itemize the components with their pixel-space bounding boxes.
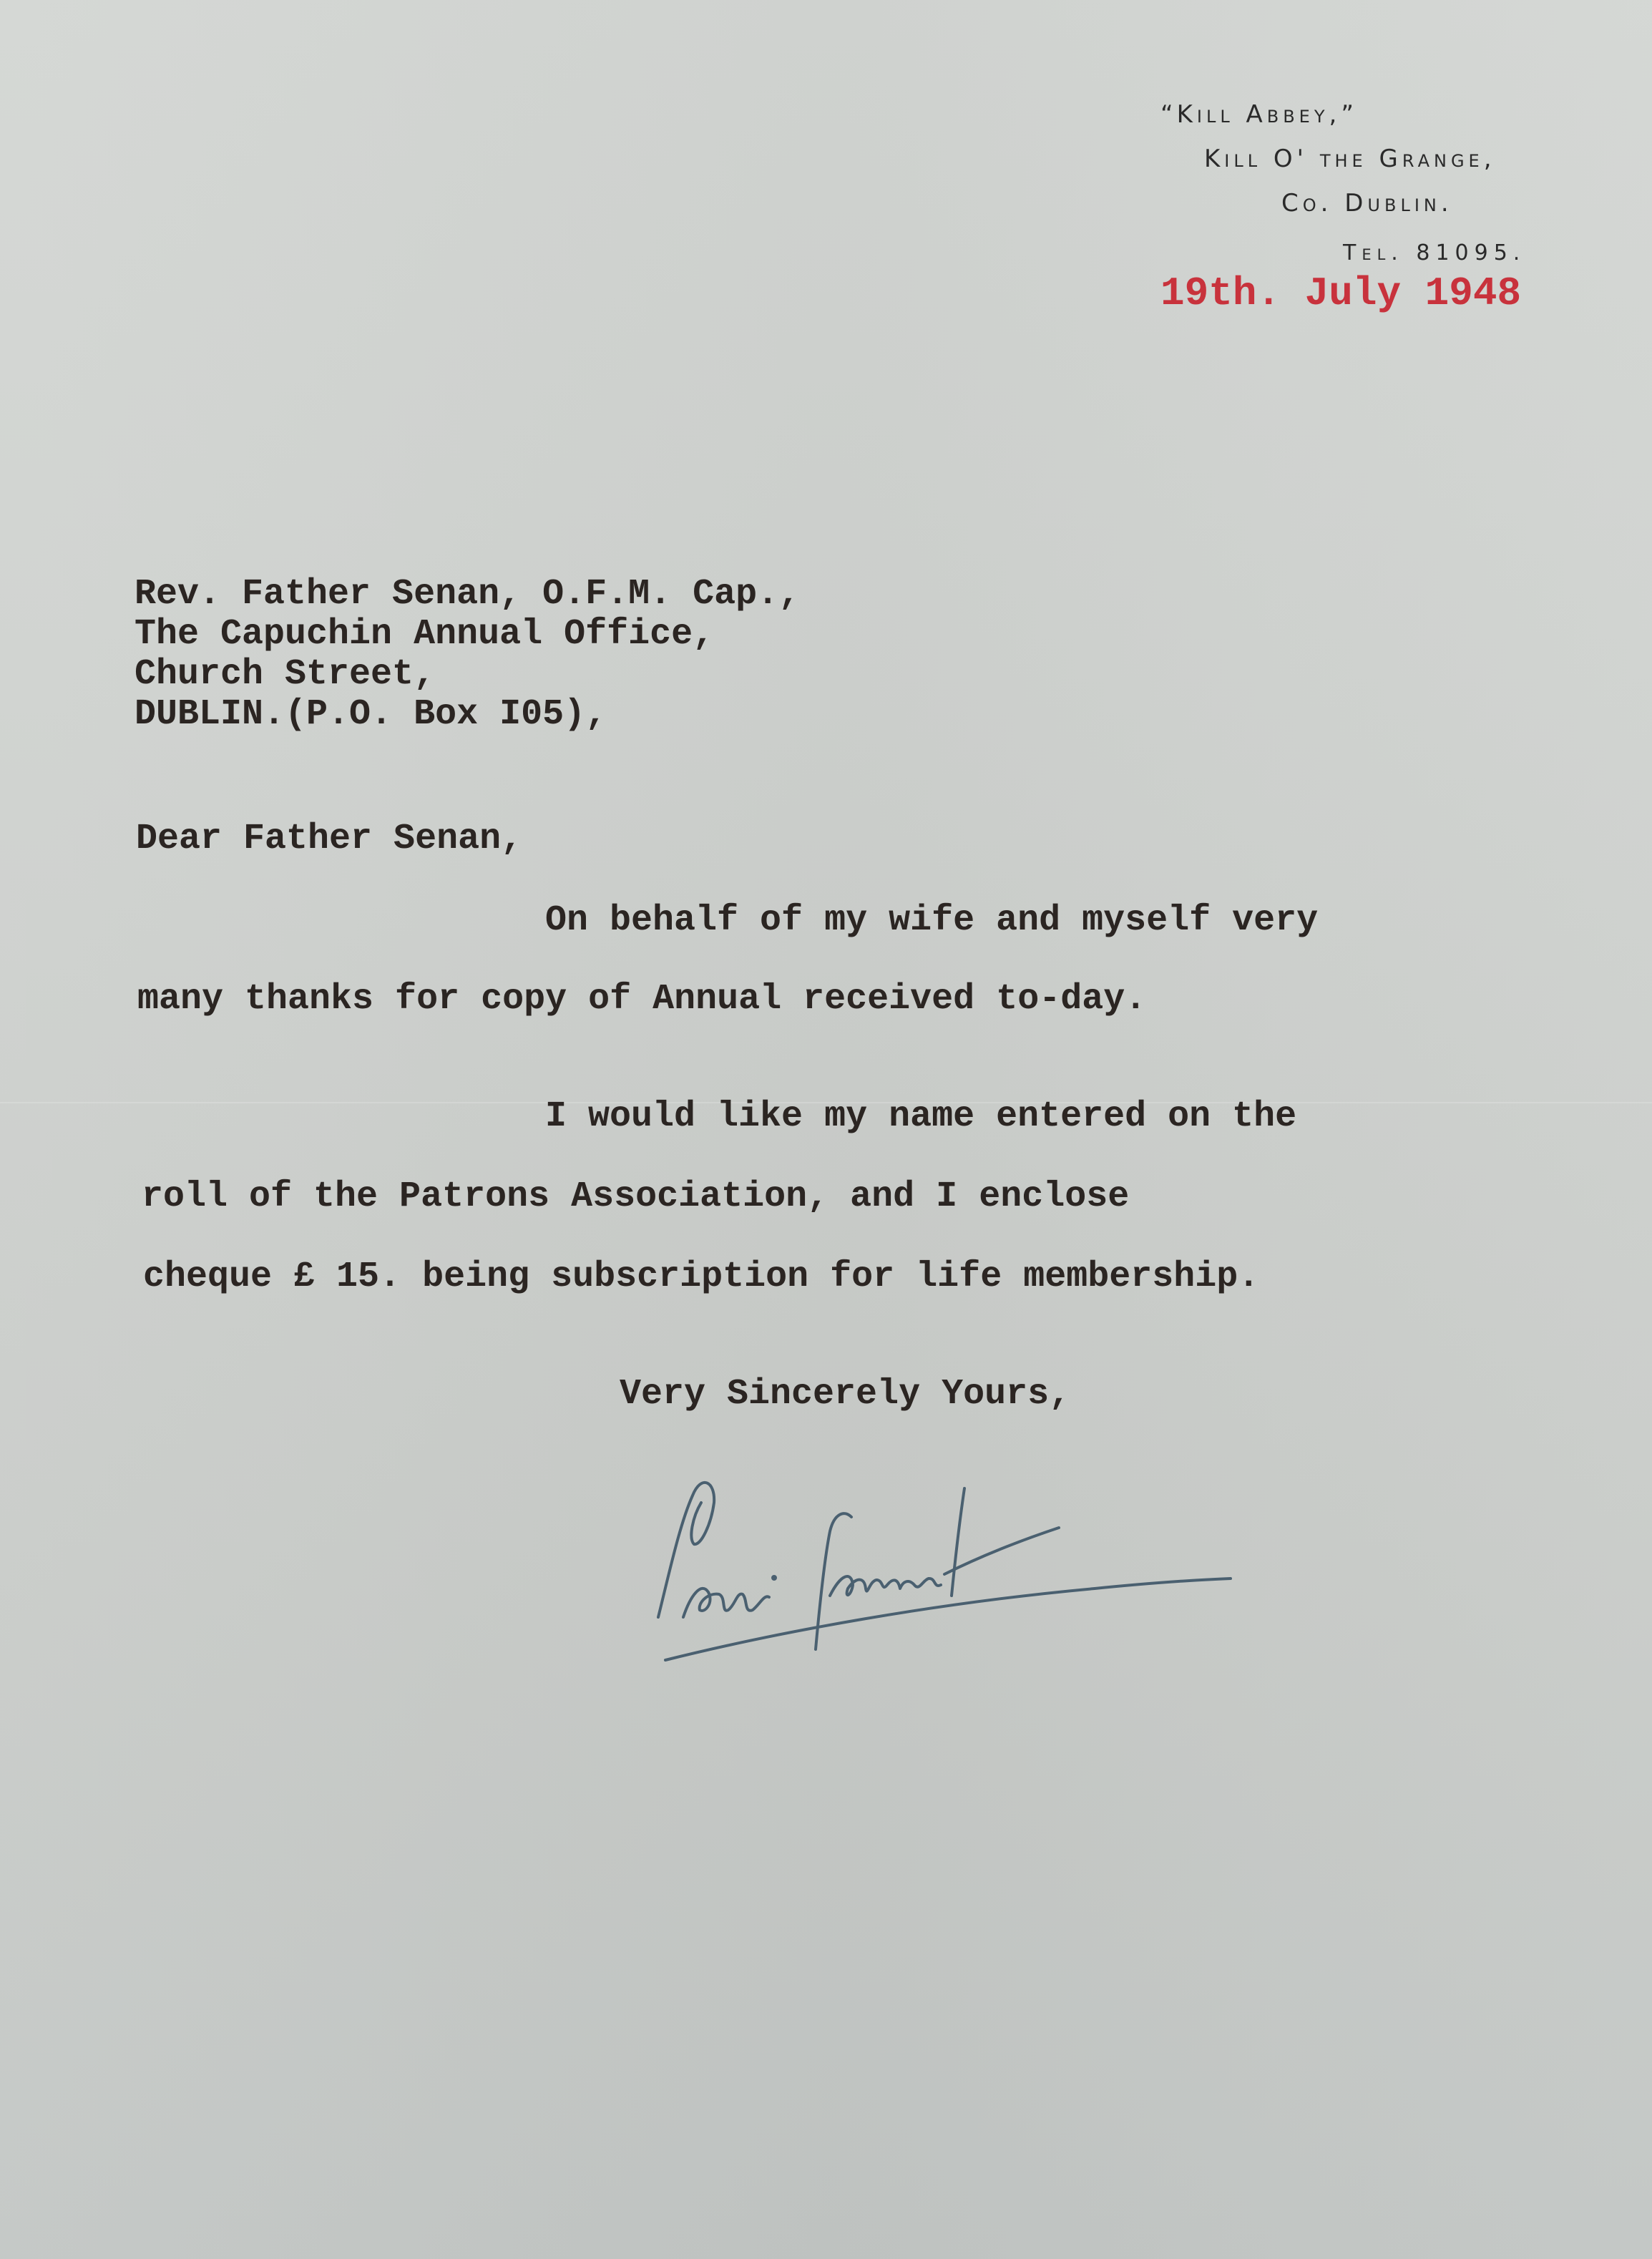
body-line: On behalf of my wife and myself very — [545, 903, 1318, 939]
letterhead-house-name: “Kill Abbey,” — [1160, 100, 1358, 129]
recipient-line-3: Church Street, — [135, 657, 435, 693]
body-line: cheque £ 15. being subscription for life… — [143, 1259, 1259, 1295]
body-line: many thanks for copy of Annual received … — [137, 982, 1146, 1018]
signature-icon — [637, 1438, 1252, 1667]
letterhead-telephone: Tel. 81095. — [1343, 240, 1525, 265]
letter-date: 19th. July 1948 — [1160, 270, 1521, 316]
handwritten-signature — [637, 1438, 1252, 1667]
body-line: roll of the Patrons Association, and I e… — [142, 1179, 1129, 1215]
closing: Very Sincerely Yours, — [620, 1377, 1070, 1413]
recipient-line-2: The Capuchin Annual Office, — [135, 617, 714, 653]
recipient-line-1: Rev. Father Senan, O.F.M. Cap., — [135, 577, 800, 613]
body-line: I would like my name entered on the — [545, 1099, 1296, 1135]
letterhead-county: Co. Dublin. — [1281, 189, 1453, 218]
salutation: Dear Father Senan, — [136, 821, 522, 857]
recipient-line-4: DUBLIN.(P.O. Box I05), — [135, 697, 607, 733]
letter-page: “Kill Abbey,” Kill O' the Grange, Co. Du… — [0, 0, 1652, 2259]
letterhead-locality: Kill O' the Grange, — [1204, 145, 1496, 173]
